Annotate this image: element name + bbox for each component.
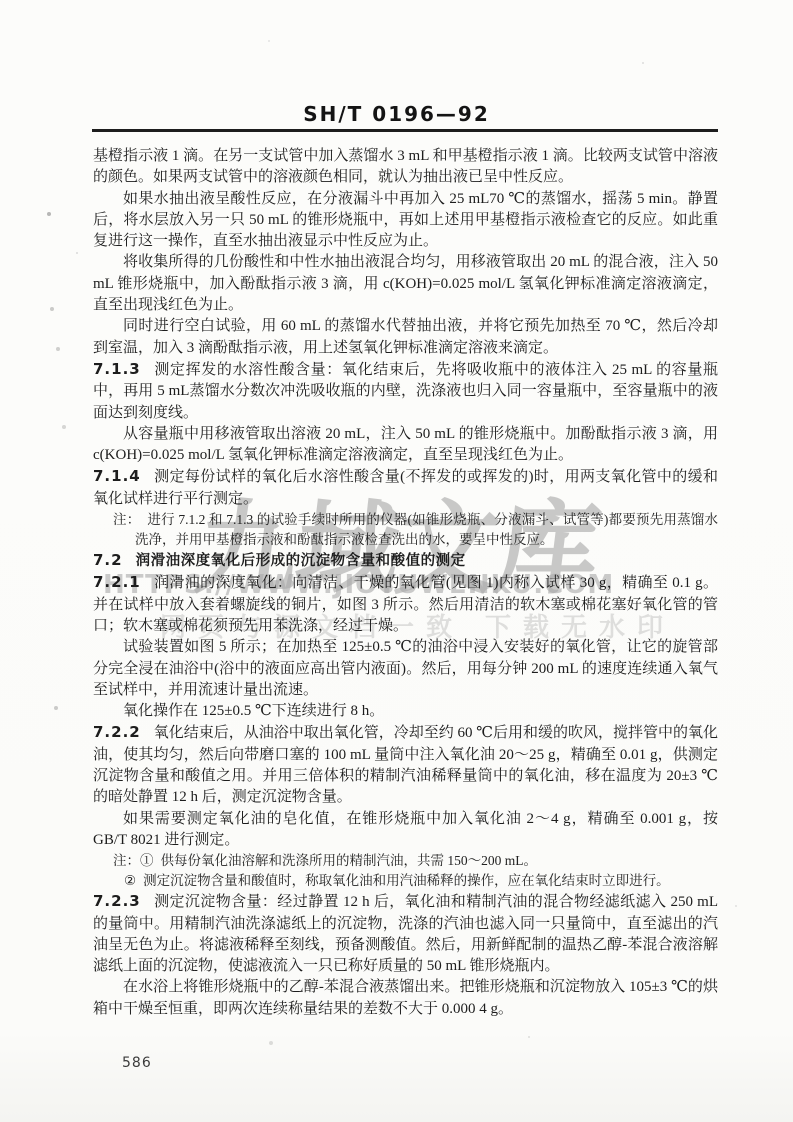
section-paragraph: 7.1.4测定每份试样的氧化后水溶性酸含量(不挥发的或挥发的)时，用两支氧化管中… <box>93 466 718 510</box>
clause-number: 7.2.3 <box>93 892 154 910</box>
paragraph-text: 测定挥发的水溶性酸含量：氧化结束后，先将吸收瓶中的液体注入 25 mL 的容量瓶… <box>93 362 718 421</box>
section-paragraph: 7.2.2氧化结束后，从油浴中取出氧化管，冷却至约 60 ℃后用和缓的吹风，搅拌… <box>93 722 718 808</box>
paragraph-text: 测定沉淀物含量：经过静置 12 h 后，氧化油和精制汽油的混合物经滤纸滤入 25… <box>93 894 718 974</box>
section-paragraph: 7.1.3测定挥发的水溶性酸含量：氧化结束后，先将吸收瓶中的液体注入 25 mL… <box>93 359 718 424</box>
paragraph-text: 试验装置如图 5 所示；在加热至 125±0.5 ℃的油浴中浸入安装好的氧化管，… <box>93 639 718 698</box>
paragraph-text: 测定沉淀物含量和酸值时，称取氧化油和用汽油稀释的操作，应在氧化结束时立即进行。 <box>143 873 670 888</box>
paragraph-text: 如果需要测定氧化油的皂化值，在锥形烧瓶中加入氧化油 2～4 g，精确至 0.00… <box>93 811 718 848</box>
section-paragraph: 7.2.3测定沉淀物含量：经过静置 12 h 后，氧化油和精制汽油的混合物经滤纸… <box>93 891 718 977</box>
paragraph-text: 润滑油深度氧化后形成的沉淀物含量和酸值的测定 <box>136 553 466 569</box>
content: 基橙指示液 1 滴。在另一支试管中加入蒸馏水 3 mL 和甲基橙指示液 1 滴。… <box>93 146 718 1020</box>
page-number: 586 <box>122 1055 152 1071</box>
paragraph: 如果需要测定氧化油的皂化值，在锥形烧瓶中加入氧化油 2～4 g，精确至 0.00… <box>93 809 718 852</box>
paragraph: 同时进行空白试验，用 60 mL 的蒸馏水代替抽出液，并将它预先加热至 70 ℃… <box>93 316 718 359</box>
paragraph-text: 润滑油的深度氧化：向清洁、干燥的氧化管(见图 1)内称入试样 30 g，精确至 … <box>93 575 718 634</box>
paragraph: 在水浴上将锥形烧瓶中的乙醇-苯混合液蒸馏出来。把锥形烧瓶和沉淀物放入 105±3… <box>93 977 718 1020</box>
paragraph-text: 基橙指示液 1 滴。在另一支试管中加入蒸馏水 3 mL 和甲基橙指示液 1 滴。… <box>93 148 718 185</box>
section-heading: 7.2润滑油深度氧化后形成的沉淀物含量和酸值的测定 <box>93 550 718 572</box>
paragraph-text: 测定每份试样的氧化后水溶性酸含量(不挥发的或挥发的)时，用两支氧化管中的缓和氧化… <box>93 469 718 506</box>
paragraph-text: 同时进行空白试验，用 60 mL 的蒸馏水代替抽出液，并将它预先加热至 70 ℃… <box>93 318 718 355</box>
section-paragraph: 7.2.1润滑油的深度氧化：向清洁、干燥的氧化管(见图 1)内称入试样 30 g… <box>93 572 718 637</box>
clause-number: 7.2 <box>93 551 136 569</box>
paragraph-text: 氧化操作在 125±0.5 ℃下连续进行 8 h。 <box>123 703 384 719</box>
paragraph-text: 如果水抽出液呈酸性反应，在分液漏斗中再加入 25 mL70 ℃的蒸馏水，摇荡 5… <box>93 191 718 250</box>
standard-number-header: SH/T 0196—92 <box>0 102 793 126</box>
paragraph: 从容量瓶中用移液管取出溶液 20 mL，注入 50 mL 的锥形烧瓶中。加酚酞指… <box>93 424 718 467</box>
paragraph: 试验装置如图 5 所示；在加热至 125±0.5 ℃的油浴中浸入安装好的氧化管，… <box>93 637 718 701</box>
paragraph-text: 氧化结束后，从油浴中取出氧化管，冷却至约 60 ℃后用和缓的吹风，搅拌管中的氧化… <box>93 725 718 805</box>
clause-number: 7.1.3 <box>93 360 154 378</box>
note: 注：①供每份氧化油溶解和洗涤所用的精制汽油，共需 150～200 mL。 <box>93 851 718 871</box>
clause-number: 7.2.1 <box>93 573 154 591</box>
paragraph-text: 将收集所得的几份酸性和中性水抽出液混合均匀，用移液管取出 20 mL 的混合液，… <box>93 254 718 313</box>
paragraph: 基橙指示液 1 滴。在另一支试管中加入蒸馏水 3 mL 和甲基橙指示液 1 滴。… <box>93 146 718 189</box>
paragraph-text: 从容量瓶中用移液管取出溶液 20 mL，注入 50 mL 的锥形烧瓶中。加酚酞指… <box>93 426 718 463</box>
paragraph: 如果水抽出液呈酸性反应，在分液漏斗中再加入 25 mL70 ℃的蒸馏水，摇荡 5… <box>93 189 718 253</box>
clause-number: 注： <box>113 512 147 527</box>
clause-number: 注：① <box>113 853 161 868</box>
paragraph: 将收集所得的几份酸性和中性水抽出液混合均匀，用移液管取出 20 mL 的混合液，… <box>93 252 718 316</box>
paragraph-text: 供每份氧化油溶解和洗涤所用的精制汽油，共需 150～200 mL。 <box>161 853 538 868</box>
paragraph: 氧化操作在 125±0.5 ℃下连续进行 8 h。 <box>93 701 718 722</box>
scanned-document-page: 九域文库 HTTPS://WWW.JIOYUWENKU.COM 网页与源文档一致… <box>0 0 793 1122</box>
paragraph-text: 进行 7.1.2 和 7.1.3 的试验手续时所用的仪器(如锥形烧瓶、分液漏斗、… <box>135 512 718 547</box>
note: ②测定沉淀物含量和酸值时，称取氧化油和用汽油稀释的操作，应在氧化结束时立即进行。 <box>124 871 718 891</box>
header-rule <box>92 129 718 132</box>
note: 注：进行 7.1.2 和 7.1.3 的试验手续时所用的仪器(如锥形烧瓶、分液漏… <box>93 510 718 550</box>
paragraph-text: 在水浴上将锥形烧瓶中的乙醇-苯混合液蒸馏出来。把锥形烧瓶和沉淀物放入 105±3… <box>93 979 718 1016</box>
clause-number: ② <box>124 873 143 888</box>
clause-number: 7.1.4 <box>93 467 154 485</box>
scan-artifacts <box>0 0 2 2</box>
clause-number: 7.2.2 <box>93 723 154 741</box>
